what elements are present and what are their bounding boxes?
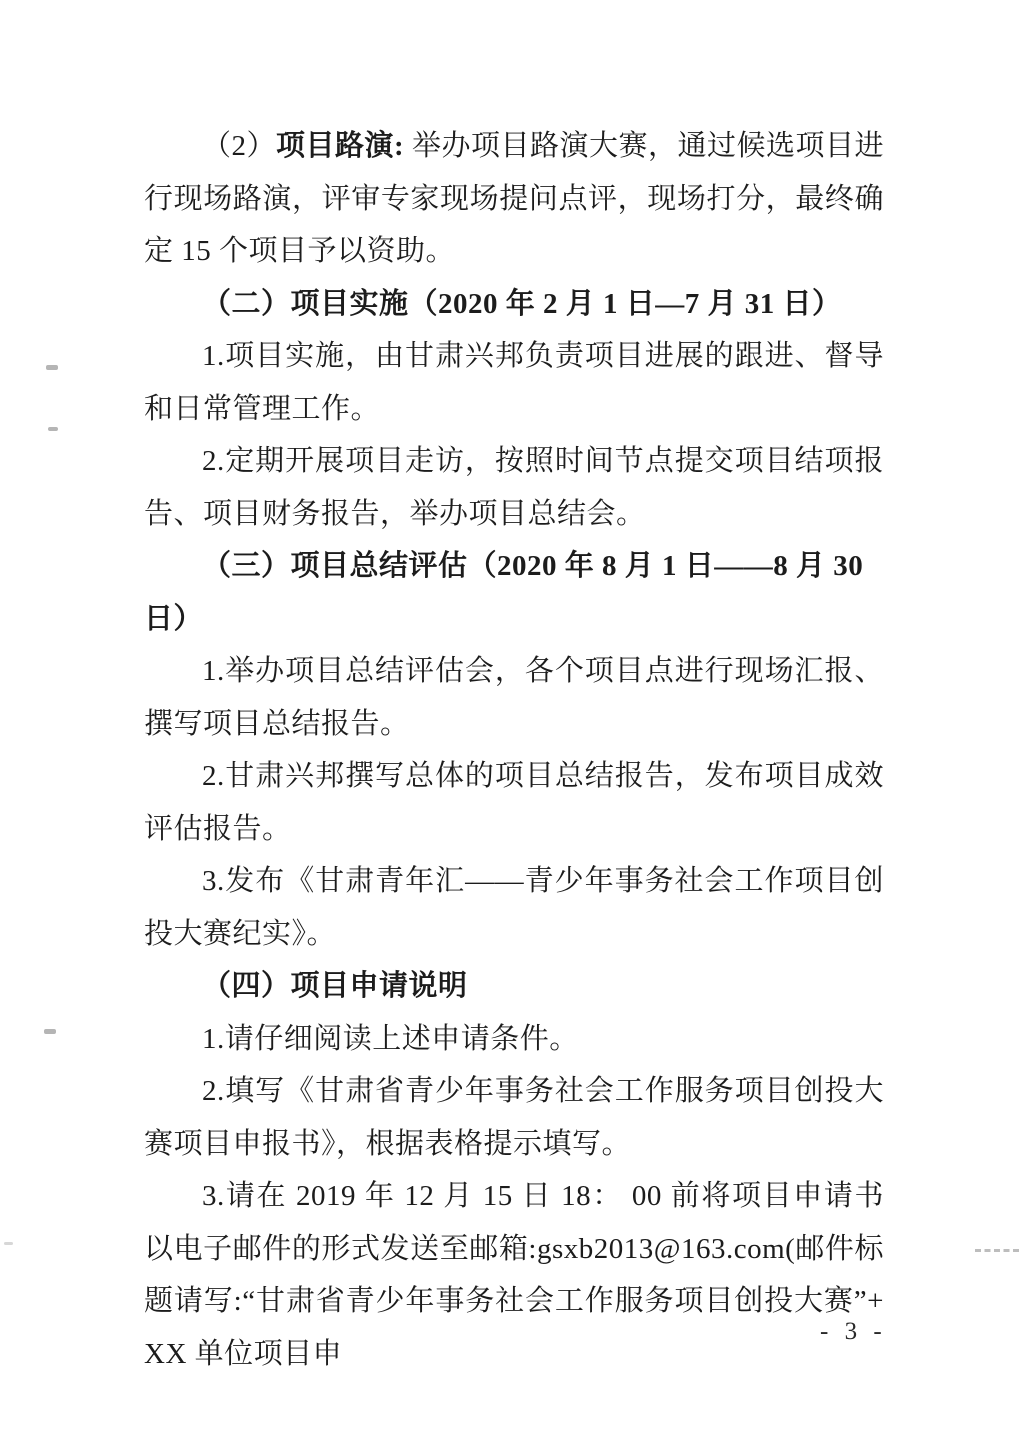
page-number: - 3 - bbox=[820, 1318, 887, 1346]
bold-text-run: 项目路演: bbox=[276, 130, 404, 162]
document-page: （2）项目路演: 举办项目路演大赛，通过候选项目进行现场路演，评审专家现场提问点… bbox=[0, 0, 1024, 1449]
text-run: 1.举办项目总结评估会，各个项目点进行现场汇报、撰写项目总结报告。 bbox=[144, 655, 884, 740]
scan-artifact bbox=[46, 365, 58, 370]
paragraph: 3.请在 2019 年 12 月 15 日 18： 00 前将项目申请书以电子邮… bbox=[144, 1170, 884, 1380]
paragraph: 1.请仔细阅读上述申请条件。 bbox=[144, 1013, 884, 1066]
text-run: （2） bbox=[202, 130, 276, 162]
text-run: 2.甘肃兴邦撰写总体的项目总结报告，发布项目成效评估报告。 bbox=[144, 760, 884, 845]
scan-artifact bbox=[44, 1029, 56, 1034]
text-run: 1.请仔细阅读上述申请条件。 bbox=[202, 1023, 579, 1055]
scan-artifact bbox=[4, 1242, 13, 1245]
scan-artifact bbox=[975, 1249, 1019, 1252]
bold-text-run: （四）项目申请说明 bbox=[202, 970, 468, 1002]
text-run: 3.请在 2019 年 12 月 15 日 18： 00 前将项目申请书以电子邮… bbox=[144, 1180, 884, 1370]
paragraph: 1.项目实施，由甘肃兴邦负责项目进展的跟进、督导和日常管理工作。 bbox=[144, 330, 884, 435]
paragraph: 2.定期开展项目走访，按照时间节点提交项目结项报告、项目财务报告，举办项目总结会… bbox=[144, 435, 884, 540]
text-run: 1.项目实施，由甘肃兴邦负责项目进展的跟进、督导和日常管理工作。 bbox=[144, 340, 884, 425]
bold-text-run: （二）项目实施（2020 年 2 月 1 日—7 月 31 日） bbox=[202, 288, 842, 320]
text-run: 3.发布《甘肃青年汇——青少年事务社会工作项目创投大赛纪实》。 bbox=[144, 865, 884, 950]
text-run: 2.定期开展项目走访，按照时间节点提交项目结项报告、项目财务报告，举办项目总结会… bbox=[144, 445, 884, 530]
section-heading: （二）项目实施（2020 年 2 月 1 日—7 月 31 日） bbox=[144, 278, 884, 331]
scan-artifact bbox=[48, 427, 58, 431]
paragraph: 1.举办项目总结评估会，各个项目点进行现场汇报、撰写项目总结报告。 bbox=[144, 645, 884, 750]
paragraph: 3.发布《甘肃青年汇——青少年事务社会工作项目创投大赛纪实》。 bbox=[144, 855, 884, 960]
section-heading: （四）项目申请说明 bbox=[144, 960, 884, 1013]
paragraph: 2.甘肃兴邦撰写总体的项目总结报告，发布项目成效评估报告。 bbox=[144, 750, 884, 855]
bold-text-run: （三）项目总结评估（2020 年 8 月 1 日——8 月 30 日） bbox=[144, 550, 863, 635]
document-body: （2）项目路演: 举办项目路演大赛，通过候选项目进行现场路演，评审专家现场提问点… bbox=[144, 120, 884, 1380]
text-run: 2.填写《甘肃省青少年事务社会工作服务项目创投大赛项目申报书》，根据表格提示填写… bbox=[144, 1075, 884, 1160]
paragraph: （2）项目路演: 举办项目路演大赛，通过候选项目进行现场路演，评审专家现场提问点… bbox=[144, 120, 884, 278]
section-heading: （三）项目总结评估（2020 年 8 月 1 日——8 月 30 日） bbox=[144, 540, 884, 645]
paragraph: 2.填写《甘肃省青少年事务社会工作服务项目创投大赛项目申报书》，根据表格提示填写… bbox=[144, 1065, 884, 1170]
